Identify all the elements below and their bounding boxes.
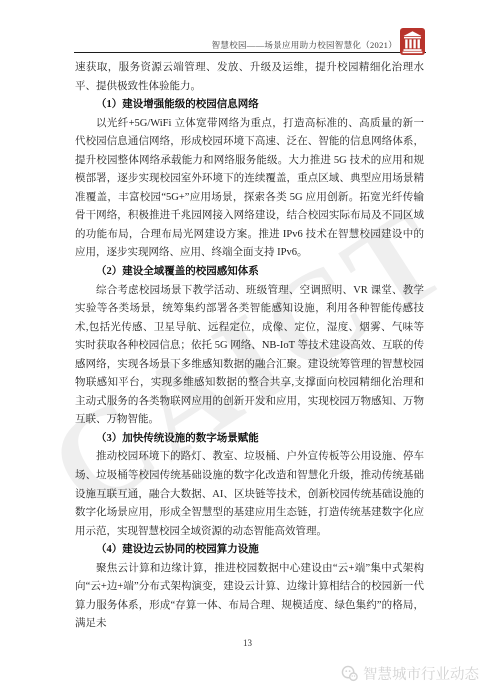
body-paragraph: 速获取，服务资源云端管理、发放、升级及运维，提升校园精细化治理水平、提供极致性体… — [75, 59, 424, 96]
document-body: 速获取，服务资源云端管理、发放、升级及运维，提升校园精细化治理水平、提供极致性体… — [75, 59, 424, 634]
section-heading-2: （2）建设全域覆盖的校园感知体系 — [75, 263, 424, 282]
section-heading-1: （1）建设增强能级的校园信息网络 — [75, 96, 424, 115]
header-running-title: 智慧校园——场景应用助力校园智慧化（2021） — [212, 39, 397, 51]
footer-brand-label: 智慧城市行业动态 — [363, 663, 479, 684]
footer-brand: 智慧城市行业动态 — [341, 663, 479, 684]
document-page: 智慧校园——场景应用助力校园智慧化（2021） CAICT 速获取，服务资源云端… — [0, 0, 495, 700]
body-paragraph: 推动校园环境下的路灯、教室、垃圾桶、户外宣传板等公用设施、停车场、垃圾桶等校园传… — [75, 448, 424, 541]
section-heading-3: （3）加快传统设施的数字场景赋能 — [75, 430, 424, 449]
body-paragraph: 以光纤+5G/WiFi 立体宽带网络为重点，打造高标准的、高质量的新一代校园信息… — [75, 115, 424, 263]
body-paragraph: 综合考虑校园场景下教学活动、班级管理、空调照明、VR 课堂、教学实验等各类场景，… — [75, 282, 424, 430]
section-heading-4: （4）建设边云协同的校园算力设施 — [75, 541, 424, 560]
page-number: 13 — [0, 638, 495, 648]
body-paragraph: 聚焦云计算和边缘计算，推进校园数据中心建设由“云+端”集中式架构向“云+边+端”… — [75, 560, 424, 634]
classical-building-logo — [400, 28, 425, 55]
wechat-logo-icon — [341, 665, 358, 682]
header-rule — [74, 52, 426, 53]
